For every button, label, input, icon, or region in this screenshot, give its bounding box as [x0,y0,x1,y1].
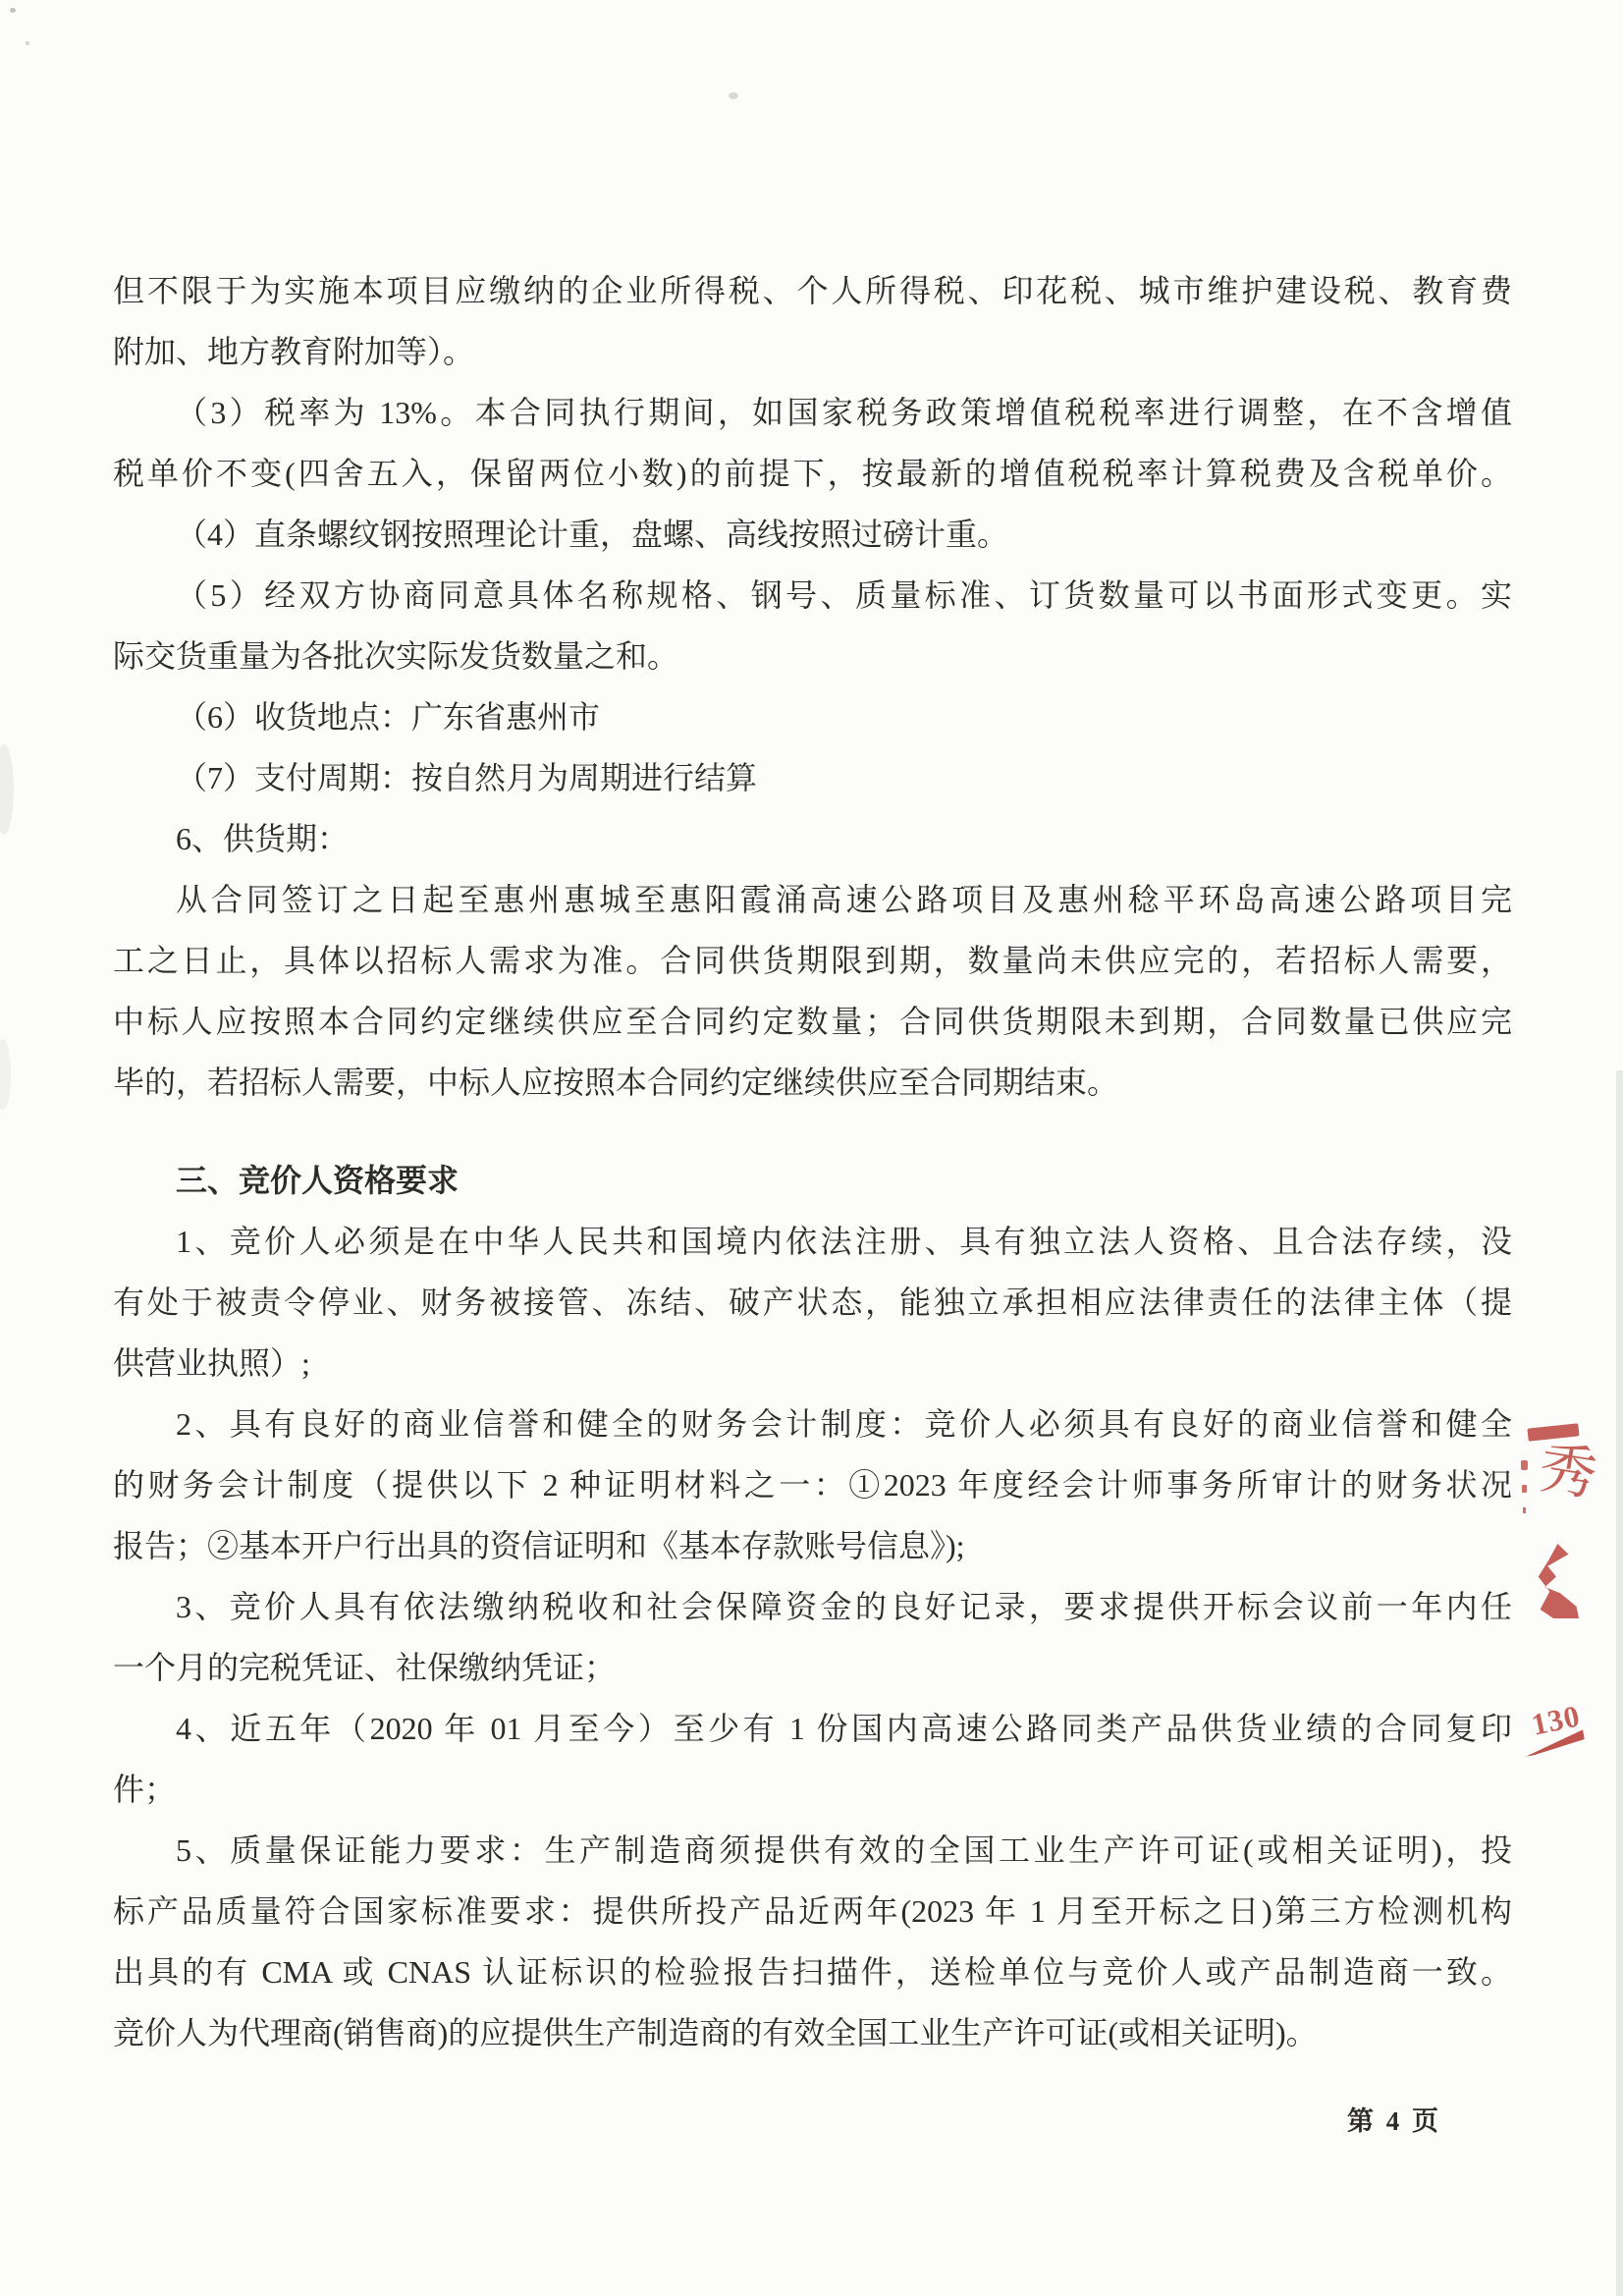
text-line: 标产品质量符合国家标准要求：提供所投产品近两年(2023 年 1 月至开标之日)… [113,1881,1512,1941]
text-line: 有处于被责令停业、财务被接管、冻结、破产状态，能独立承担相应法律责任的法律主体（… [113,1272,1512,1333]
text-line: 报告；②基本开户行出具的资信证明和《基本存款账号信息》); [113,1515,1512,1576]
text-line: （7）支付周期：按自然月为周期进行结算 [113,747,1512,808]
text-line: 际交货重量为各批次实际发货数量之和。 [113,626,1512,686]
text-line: （6）收货地点：广东省惠州市 [113,686,1512,747]
text-line: 出具的有 CMA 或 CNAS 认证标识的检验报告扫描件，送检单位与竞价人或产品… [113,1941,1512,2002]
text-line: （3）税率为 13%。本合同执行期间，如国家税务政策增值税税率进行调整，在不含增… [113,382,1512,443]
text-line: 1、竞价人必须是在中华人民共和国境内依法注册、具有独立法人资格、且合法存续，没 [113,1211,1512,1272]
text-line: 从合同签订之日起至惠州惠城至惠阳霞涌高速公路项目及惠州稔平环岛高速公路项目完 [113,869,1512,930]
scan-speck [729,92,738,99]
seal-character: 秀 [1536,1440,1600,1504]
text-line: 毕的，若招标人需要，中标人应按照本合同约定继续供应至合同期结束。 [113,1052,1512,1113]
text-line: （5）经双方协商同意具体名称规格、钢号、质量标准、订货数量可以书面形式变更。实 [113,565,1512,626]
scan-speck [26,41,29,45]
text-line: 供营业执照）; [113,1333,1512,1394]
text-line: 件； [113,1759,1512,1820]
text-line: 3、竞价人具有依法缴纳税收和社会保障资金的良好记录，要求提供开标会议前一年内任 [113,1576,1512,1637]
scan-smudge [0,1039,11,1110]
text-line: 5、质量保证能力要求：生产制造商须提供有效的全国工业生产许可证(或相关证明)，投 [113,1820,1512,1881]
seal-dots-icon [1521,1460,1528,1470]
text-line: （4）直条螺纹钢按照理论计重，盘螺、高线按照过磅计重。 [113,504,1512,565]
text-line: 中标人应按照本合同约定继续供应至合同约定数量；合同供货期限未到期，合同数量已供应… [113,991,1512,1052]
text-line: 工之日止，具体以招标人需求为准。合同供货期限到期，数量尚未供应完的，若招标人需要… [113,930,1512,991]
text-line: 税单价不变(四舍五入，保留两位小数)的前提下，按最新的增值税税率计算税费及含税单… [113,443,1512,504]
scan-smudge [0,744,14,835]
document-body: 但不限于为实施本项目应缴纳的企业所得税、个人所得税、印花税、城市维护建设税、教育… [113,260,1512,2063]
text-line: 2、具有良好的商业信誉和健全的财务会计制度：竞价人必须具有良好的商业信誉和健全 [113,1394,1512,1454]
scan-speck [10,8,16,13]
text-line: 竞价人为代理商(销售商)的应提供生产制造商的有效全国工业生产许可证(或相关证明)… [113,2002,1512,2063]
text-line: 附加、地方教育附加等）。 [113,321,1512,382]
seal-blob-icon [1532,1544,1579,1618]
text-line: 但不限于为实施本项目应缴纳的企业所得税、个人所得税、印花税、城市维护建设税、教育… [113,260,1512,321]
scanned-document-page: 但不限于为实施本项目应缴纳的企业所得税、个人所得税、印花税、城市维护建设税、教育… [0,0,1623,2296]
text-line: 6、供货期： [113,808,1512,869]
text-line: 一个月的完税凭证、社保缴纳凭证； [113,1637,1512,1698]
text-line: 的财务会计制度（提供以下 2 种证明材料之一：①2023 年度经会计师事务所审计… [113,1454,1512,1515]
text-line: 4、近五年（2020 年 01 月至今）至少有 1 份国内高速公路同类产品供货业… [113,1698,1512,1759]
scan-edge-shadow [1616,1070,1623,2296]
page-number: 第 4 页 [1347,2100,1441,2138]
section-heading: 三、竞价人资格要求 [113,1150,1512,1211]
